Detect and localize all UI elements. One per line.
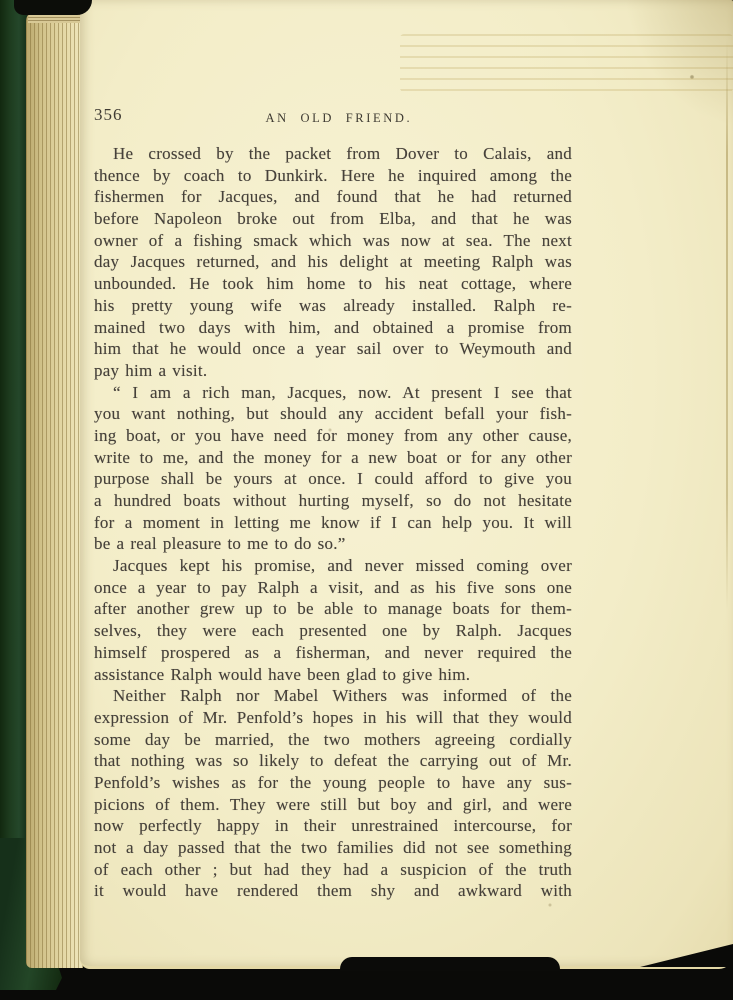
text-line: it would have rendered them shy and awkw… [94, 880, 572, 902]
text-line: Penfold’s wishes as for the young people… [94, 772, 572, 794]
text-line: picions of them. They were still but boy… [94, 794, 572, 816]
page-header: 356 AN OLD FRIEND. [94, 104, 572, 126]
running-header: AN OLD FRIEND. [266, 107, 413, 129]
cover-shadow-top-left [14, 0, 92, 15]
text-line: selves, they were each presented one by … [94, 620, 572, 642]
text-line: after another grew up to be able to mana… [94, 598, 572, 620]
text-line: himself prospered as a fisherman, and ne… [94, 642, 572, 664]
text-line: expression of Mr. Penfold’s hopes in his… [94, 707, 572, 729]
text-line: thence by coach to Dunkirk. Here he inqu… [94, 165, 572, 187]
text-line: ing boat, or you have need for money fro… [94, 425, 572, 447]
text-line: write to me, and the money for a new boa… [94, 447, 572, 469]
text-line: that nothing was so likely to defeat the… [94, 750, 572, 772]
text-line: Jacques kept his promise, and never miss… [94, 555, 572, 577]
text-line: before Napoleon broke out from Elba, and… [94, 208, 572, 230]
page-edges-stack [26, 11, 83, 968]
text-line: him that he would once a year sail over … [94, 338, 572, 360]
text-line: Neither Ralph nor Mabel Withers was info… [94, 685, 572, 707]
text-line: some day be married, the two mothers agr… [94, 729, 572, 751]
cover-shadow-bottom [0, 966, 733, 1000]
corner-shading [613, 0, 733, 140]
text-line: owner of a fishing smack which was now a… [94, 230, 572, 252]
paragraph: He crossed by the packet from Dover to C… [94, 143, 572, 382]
text-line: purpose shall be yours at once. I could … [94, 468, 572, 490]
text-line: once a year to pay Ralph a visit, and as… [94, 577, 572, 599]
paragraph: Neither Ralph nor Mabel Withers was info… [94, 685, 572, 902]
text-line: of each other ; but had they had a suspi… [94, 859, 572, 881]
text-line: pay him a visit. [94, 360, 572, 382]
text-line: be a real pleasure to me to do so.” [94, 533, 572, 555]
text-line: He crossed by the packet from Dover to C… [94, 143, 572, 165]
paper-curl-streaks [400, 34, 733, 92]
body-text: He crossed by the packet from Dover to C… [94, 143, 572, 902]
text-line: mained two days with him, and obtained a… [94, 317, 572, 339]
scanned-book-photo: 356 AN OLD FRIEND. He crossed by the pac… [0, 0, 733, 1000]
text-line: now perfectly happy in their unrestraine… [94, 815, 572, 837]
page-crease [726, 40, 728, 610]
text-line: unbounded. He took him home to his neat … [94, 273, 572, 295]
text-line: assistance Ralph would have been glad to… [94, 664, 572, 686]
page-number: 356 [94, 104, 123, 126]
text-line: fishermen for Jacques, and found that he… [94, 186, 572, 208]
text-line: a hundred boats without hurting myself, … [94, 490, 572, 512]
text-line: “ I am a rich man, Jacques, now. At pres… [94, 382, 572, 404]
text-line: for a moment in letting me know if I can… [94, 512, 572, 534]
text-line: not a day passed that the two families d… [94, 837, 572, 859]
paragraph: Jacques kept his promise, and never miss… [94, 555, 572, 685]
text-line: you want nothing, but should any acciden… [94, 403, 572, 425]
text-line: his pretty young wife was already instal… [94, 295, 572, 317]
paragraph: “ I am a rich man, Jacques, now. At pres… [94, 382, 572, 556]
text-line: day Jacques returned, and his delight at… [94, 251, 572, 273]
